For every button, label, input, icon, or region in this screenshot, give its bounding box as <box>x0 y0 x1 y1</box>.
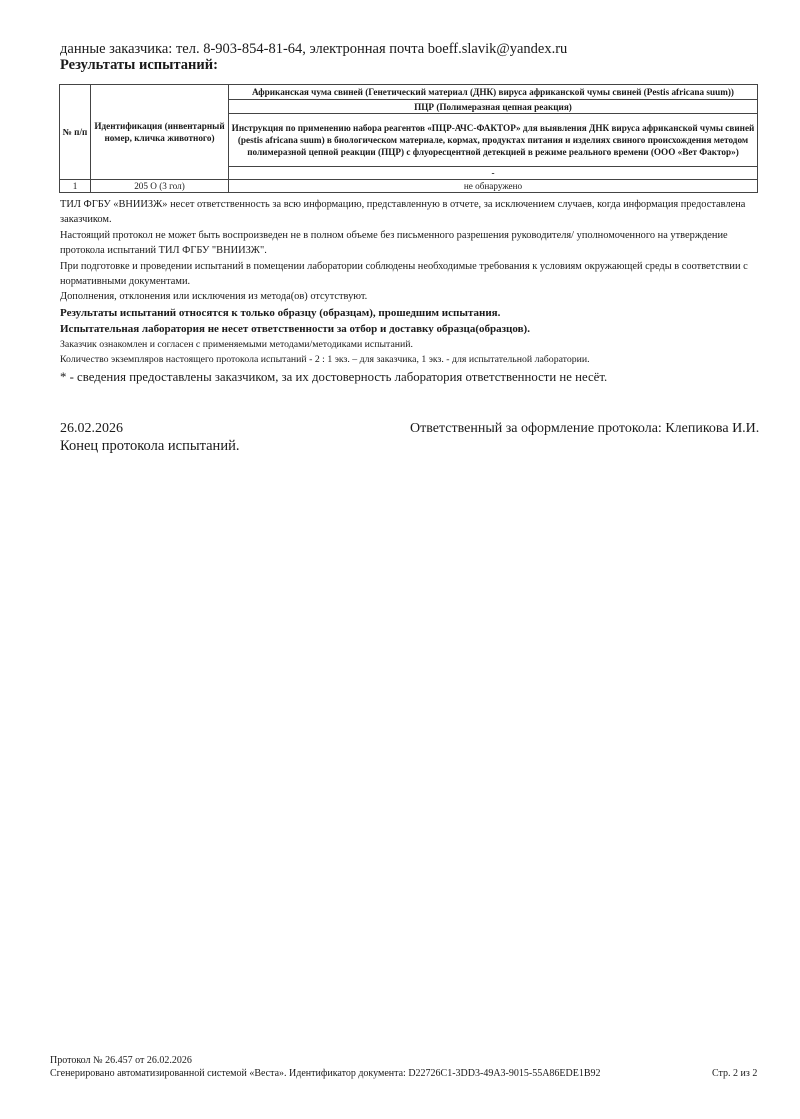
note-environment: При подготовке и проведении испытаний в … <box>60 259 760 290</box>
header-identification: Идентификация (инвентарный номер, кличка… <box>91 85 229 180</box>
row-number: 1 <box>60 180 91 193</box>
note-customer-agreement: Заказчик ознакомлен и согласен с применя… <box>60 337 760 353</box>
note-copies: Количество экземпляров настоящего проток… <box>60 352 760 368</box>
footer-protocol-number: Протокол № 26.457 от 26.02.2026 <box>50 1055 192 1066</box>
header-method: ПЦР (Полимеразная цепная реакция) <box>229 100 758 114</box>
customer-contact-line: данные заказчика: тел. 8-903-854-81-64, … <box>60 41 567 58</box>
note-sampling: Испытательная лаборатория не несет ответ… <box>60 321 760 337</box>
note-customer-info: * - сведения предоставлены заказчиком, з… <box>60 369 760 385</box>
protocol-date: 26.02.2026 <box>60 421 123 437</box>
header-number: № п/п <box>60 85 91 180</box>
row-identification: 205 О (3 гол) <box>91 180 229 193</box>
header-instruction: Инструкция по применению набора реагенто… <box>229 114 758 167</box>
note-reproduction: Настоящий протокол не может быть воспрои… <box>60 228 760 259</box>
row-result: не обнаружено <box>229 180 758 193</box>
footer-generated-by: Сгенерировано автоматизированной системо… <box>50 1068 601 1079</box>
responsible-person: Ответственный за оформление протокола: К… <box>410 421 759 437</box>
header-disease: Африканская чума свиней (Генетический ма… <box>229 85 758 100</box>
note-results-scope: Результаты испытаний относятся к только … <box>60 305 760 321</box>
results-table: № п/п Идентификация (инвентарный номер, … <box>59 84 758 193</box>
table-row: 1 205 О (3 гол) не обнаружено <box>60 180 758 193</box>
note-responsibility: ТИЛ ФГБУ «ВНИИЗЖ» несет ответственность … <box>60 197 760 228</box>
results-title: Результаты испытаний: <box>60 57 218 74</box>
note-deviations: Дополнения, отклонения или исключения из… <box>60 289 760 304</box>
end-of-protocol: Конец протокола испытаний. <box>60 438 239 455</box>
header-units: - <box>229 167 758 180</box>
notes-section: ТИЛ ФГБУ «ВНИИЗЖ» несет ответственность … <box>60 197 760 385</box>
footer-page-number: Стр. 2 из 2 <box>712 1068 757 1079</box>
